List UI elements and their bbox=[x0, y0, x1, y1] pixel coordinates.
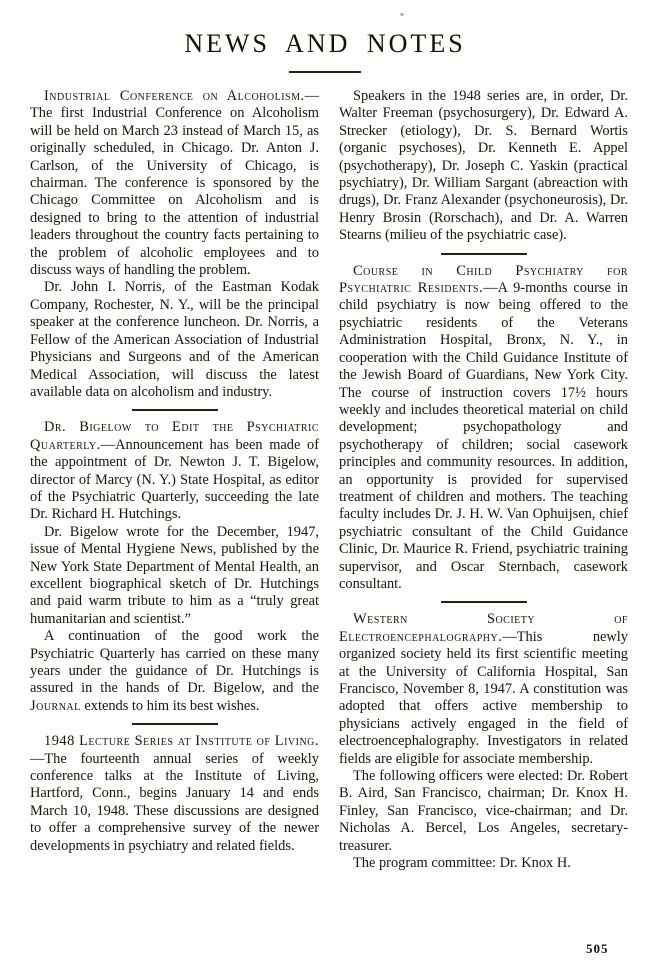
paragraph: A continuation of the good work the Psyc… bbox=[30, 628, 319, 715]
section-bigelow-quarterly: Dr. Bigelow to Edit the Psychiatric Quar… bbox=[30, 419, 319, 715]
paragraph: Dr. Bigelow to Edit the Psychiatric Quar… bbox=[30, 419, 319, 523]
page-number: 505 bbox=[586, 941, 609, 957]
section-western-eeg-society: Western Society of Electroencephalograph… bbox=[339, 611, 628, 872]
paragraph: Course in Child Psychiatry for Psychiatr… bbox=[339, 263, 628, 594]
paragraph: Dr. Bigelow wrote for the December, 1947… bbox=[30, 524, 319, 628]
paragraph: Dr. John I. Norris, of the Eastman Kodak… bbox=[30, 279, 319, 401]
paragraph: The following officers were elected: Dr.… bbox=[339, 768, 628, 855]
section-divider bbox=[132, 409, 218, 411]
paragraph: The program committee: Dr. Knox H. bbox=[339, 855, 628, 872]
page-title: NEWS AND NOTES bbox=[0, 31, 650, 57]
section-speakers-continuation: Speakers in the 1948 series are, in orde… bbox=[339, 88, 628, 245]
section-heading: 1948 Lecture Series at Institute of Livi… bbox=[44, 733, 319, 749]
journal-page: NEWS AND NOTES Industrial Conference on … bbox=[0, 0, 650, 962]
section-heading: Industrial Conference on Alcoholism. bbox=[44, 88, 305, 104]
paragraph-text: —The first Industrial Conference on Alco… bbox=[30, 88, 319, 278]
scan-speck bbox=[400, 13, 404, 16]
text-columns: Industrial Conference on Alcoholism.—The… bbox=[0, 73, 650, 872]
paragraph-text: —This newly organized society held its f… bbox=[339, 629, 628, 767]
section-divider bbox=[132, 723, 218, 725]
paragraph: 1948 Lecture Series at Institute of Livi… bbox=[30, 733, 319, 855]
paragraph: Western Society of Electroencephalograph… bbox=[339, 611, 628, 768]
section-divider bbox=[441, 253, 527, 255]
section-lecture-series: 1948 Lecture Series at Institute of Livi… bbox=[30, 733, 319, 855]
section-industrial-conference: Industrial Conference on Alcoholism.—The… bbox=[30, 88, 319, 401]
paragraph: Industrial Conference on Alcoholism.—The… bbox=[30, 88, 319, 279]
left-column: Industrial Conference on Alcoholism.—The… bbox=[30, 88, 319, 872]
section-child-psychiatry-course: Course in Child Psychiatry for Psychiatr… bbox=[339, 263, 628, 594]
section-divider bbox=[441, 601, 527, 603]
paragraph-text: —A 9-months course in child psychiatry i… bbox=[339, 280, 628, 592]
small-caps-word: Journal bbox=[30, 698, 81, 714]
paragraph-text: —The fourteenth annual series of weekly … bbox=[30, 751, 319, 854]
right-column: Speakers in the 1948 series are, in orde… bbox=[339, 88, 628, 872]
paragraph: Speakers in the 1948 series are, in orde… bbox=[339, 88, 628, 245]
